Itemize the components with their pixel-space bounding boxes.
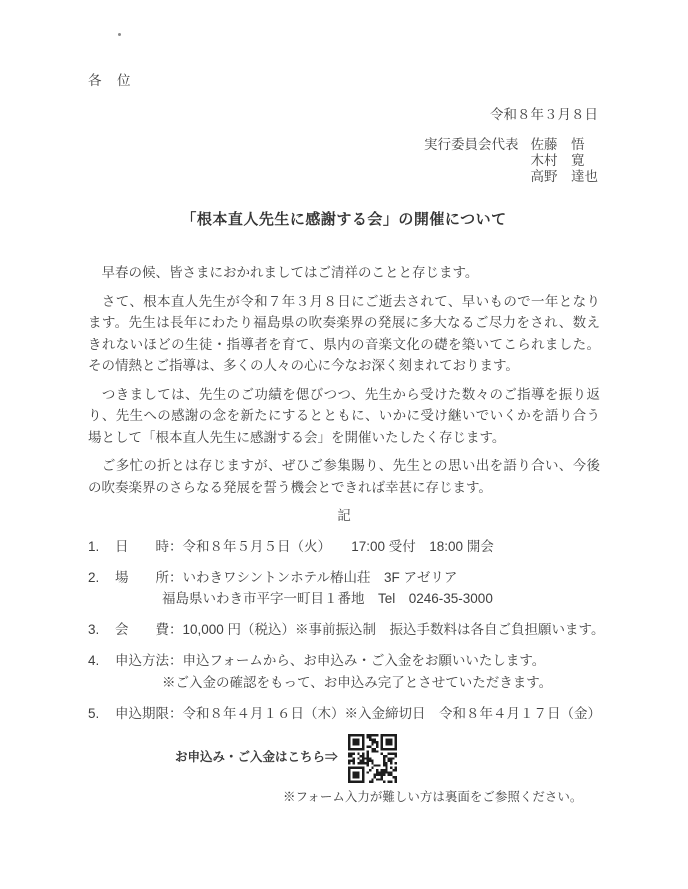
item-text: いわきワシントンホテル椿山荘 3F アゼリア (183, 570, 458, 585)
item-number: 5. (88, 703, 115, 725)
item-text: 令和８年４月１６日（木）※入金締切日 令和８年４月１７日（金） (183, 706, 602, 721)
item-text: 申込フォームから、お申込み・ご入金をお願いいたします。 (183, 653, 546, 668)
item-label: 申込期限： (115, 706, 183, 721)
item-label: 会 費： (115, 622, 183, 637)
item-number: 2. (88, 567, 115, 589)
recipient-salutation: 各 位 (0, 70, 688, 92)
signature-role: 実行委員会代表 (424, 137, 519, 185)
letter-page: 各 位 令和８年３月８日 実行委員会代表 佐藤 悟 木村 寛 高野 達也 「根本… (0, 0, 688, 889)
item-label: 日 時： (115, 539, 183, 554)
application-qr-section: お申込み・ご入金はこちら⇒ (175, 734, 688, 783)
detail-line: 1.日 時：令和８年５月５日（火） 17:00 受付 18:00 開会 (88, 536, 628, 558)
scan-artifact-dot (118, 33, 121, 36)
letter-date: 令和８年３月８日 (0, 104, 688, 126)
detail-item-application-method: 4.申込方法：申込フォームから、お申込み・ご入金をお願いいたします。 ※ご入金の… (88, 650, 628, 693)
detail-line: 5.申込期限：令和８年４月１６日（木）※入金締切日 令和８年４月１７日（金） (88, 703, 628, 725)
record-marker: 記 (0, 505, 688, 527)
signature-name: 木村 寛 (531, 153, 599, 169)
signature-name: 高野 達也 (531, 169, 599, 185)
signature-names: 佐藤 悟 木村 寛 高野 達也 (531, 137, 599, 185)
detail-line: 4.申込方法：申込フォームから、お申込み・ご入金をお願いいたします。 (88, 650, 628, 672)
application-link-caption: お申込み・ご入金はこちら⇒ (175, 747, 338, 769)
item-number: 3. (88, 619, 115, 641)
item-text: 令和８年５月５日（火） 17:00 受付 18:00 開会 (183, 539, 494, 554)
item-text-continued: 福島県いわき市平字一町目１番地 Tel 0246-35-3000 (162, 588, 628, 610)
item-text-continued: ※ご入金の確認をもって、お申込み完了とさせていただきます。 (162, 672, 628, 694)
document-title: 「根本直人先生に感謝する会」の開催について (0, 209, 688, 231)
body-paragraph: ご多忙の折とは存じますが、ぜひご参集賜り、先生との思い出を語り合い、今後の吹奏楽… (88, 455, 600, 498)
item-number: 1. (88, 536, 115, 558)
detail-line: 2.場 所：いわきワシントンホテル椿山荘 3F アゼリア (88, 567, 628, 589)
body-paragraph: つきましては、先生のご功績を偲びつつ、先生から受けた数々のご指導を振り返り、先生… (88, 384, 600, 449)
detail-item-place: 2.場 所：いわきワシントンホテル椿山荘 3F アゼリア 福島県いわき市平字一町… (88, 567, 628, 610)
item-text: 10,000 円（税込）※事前振込制 振込手数料は各自ご負担願います。 (183, 622, 605, 637)
signature-block: 実行委員会代表 佐藤 悟 木村 寛 高野 達也 (0, 137, 688, 185)
detail-item-deadline: 5.申込期限：令和８年４月１６日（木）※入金締切日 令和８年４月１７日（金） (88, 703, 628, 725)
detail-item-datetime: 1.日 時：令和８年５月５日（火） 17:00 受付 18:00 開会 (88, 536, 628, 558)
item-number: 4. (88, 650, 115, 672)
qr-code (348, 734, 397, 783)
detail-item-fee: 3.会 費：10,000 円（税込）※事前振込制 振込手数料は各自ご負担願います… (88, 619, 628, 641)
signature-name: 佐藤 悟 (531, 137, 599, 153)
detail-list: 1.日 時：令和８年５月５日（火） 17:00 受付 18:00 開会 2.場 … (88, 536, 628, 725)
footnote: ※フォーム入力が難しい方は裏面をご参照ください。 (283, 789, 688, 806)
body-paragraph: さて、根本直人先生が令和７年３月８日にご逝去されて、早いもので一年となります。先… (88, 291, 600, 377)
item-label: 場 所： (115, 570, 183, 585)
item-label: 申込方法： (115, 653, 183, 668)
detail-line: 3.会 費：10,000 円（税込）※事前振込制 振込手数料は各自ご負担願います… (88, 619, 628, 641)
body-paragraph: 早春の候、皆さまにおかれましてはご清祥のことと存じます。 (88, 262, 600, 284)
